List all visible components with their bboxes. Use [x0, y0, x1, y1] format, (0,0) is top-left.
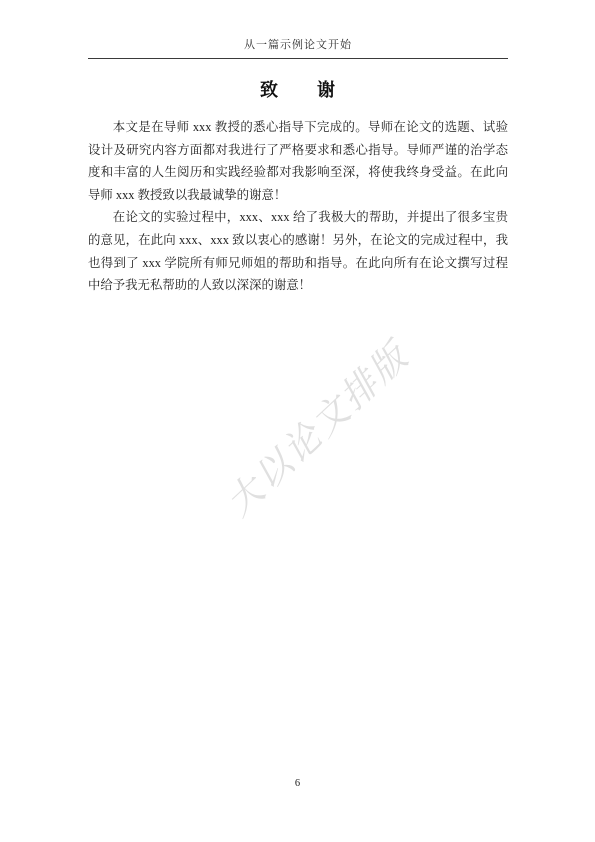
thesis-acknowledgements-page: 从一篇示例论文开始 致 谢 本文是在导师 xxx 教授的悉心指导下完成的。导师在…: [0, 0, 595, 842]
diagonal-watermark: 大以论文排版: [196, 313, 436, 541]
page-number: 6: [0, 778, 595, 789]
body-text: 本文是在导师 xxx 教授的悉心指导下完成的。导师在论文的选题、试验设计及研究内…: [88, 116, 508, 297]
running-header: 从一篇示例论文开始: [88, 36, 508, 59]
paragraph-2: 在论文的实验过程中，xxx、xxx 给了我极大的帮助，并提出了很多宝贵的意见，在…: [88, 206, 508, 296]
page-title: 致 谢: [88, 76, 508, 102]
paragraph-1: 本文是在导师 xxx 教授的悉心指导下完成的。导师在论文的选题、试验设计及研究内…: [88, 116, 508, 206]
